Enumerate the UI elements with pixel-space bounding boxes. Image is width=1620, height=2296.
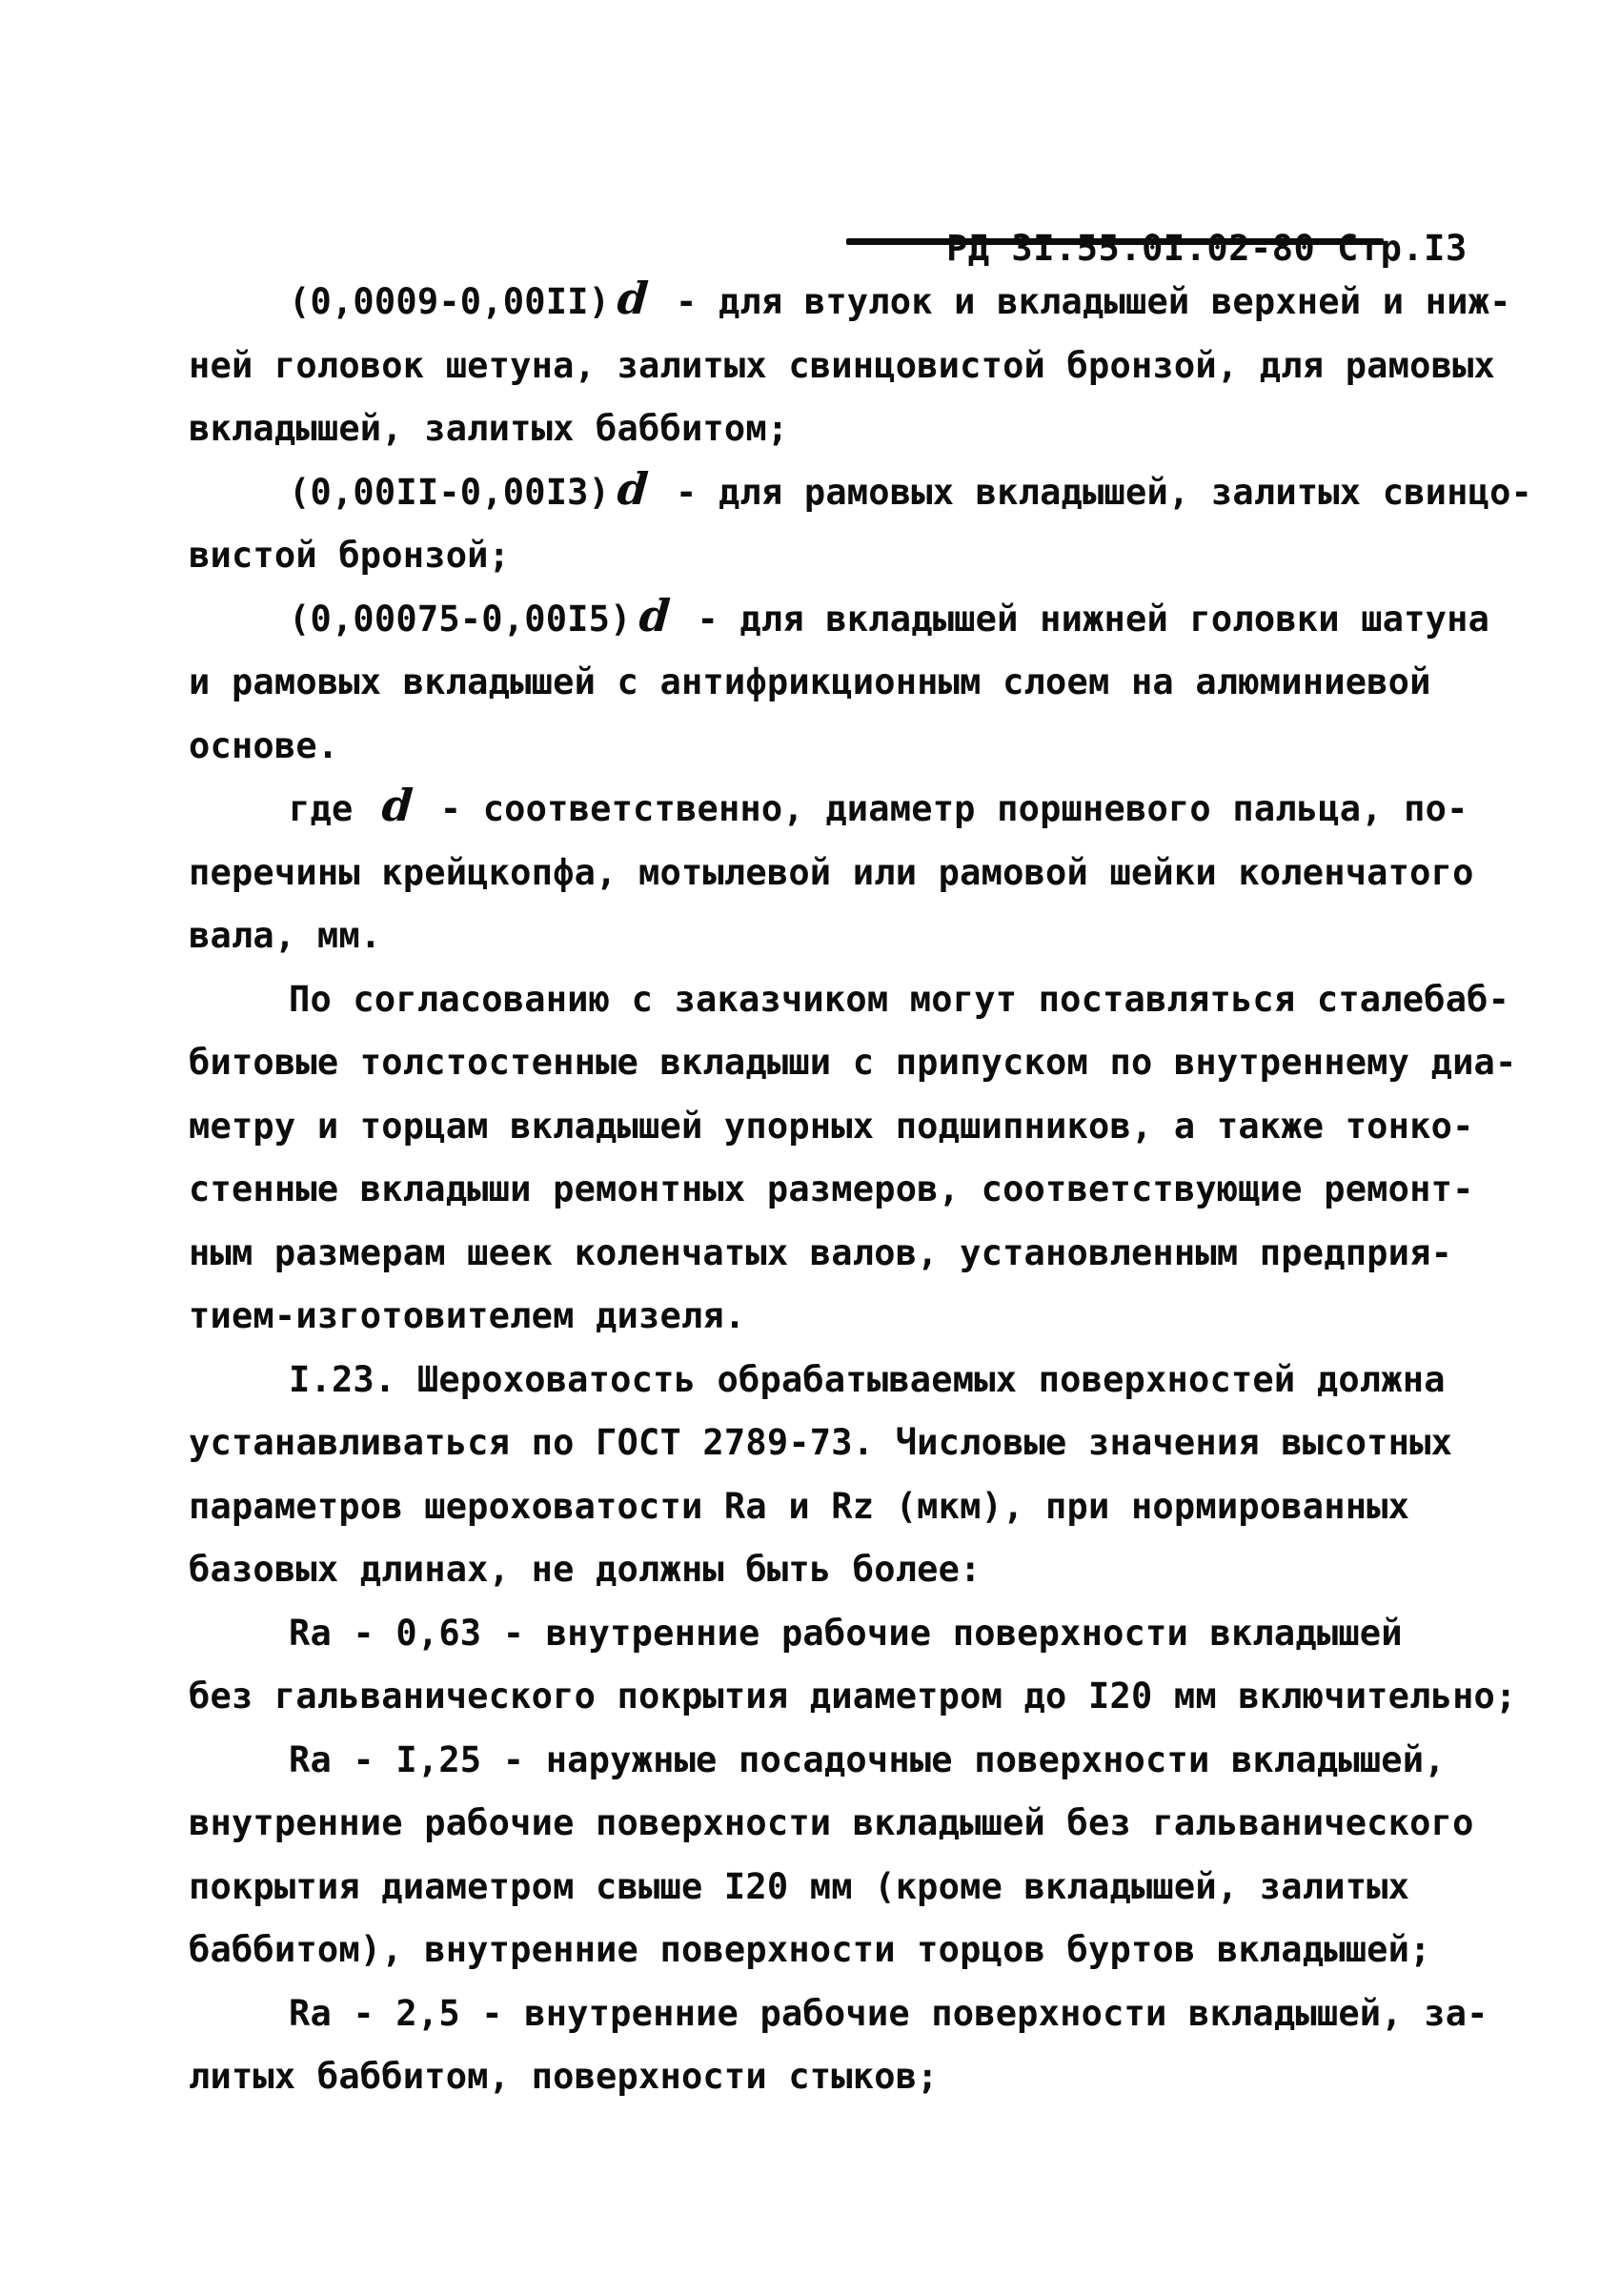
text-line: метру и торцам вкладышей упорных подшипн… (189, 1095, 1523, 1159)
document-body: (0,0009-0,00II)d - для втулок и вкладыше… (189, 271, 1523, 2109)
text-line: I.23. Шероховатость обрабатываемых повер… (189, 1349, 1523, 1412)
text-line: Ra - I,25 - наружные посадочные поверхно… (189, 1729, 1523, 1793)
text-line: внутренние рабочие поверхности вкладышей… (189, 1792, 1523, 1856)
text-line: вала, мм. (189, 904, 1523, 968)
text-line: базовых длинах, не должны быть более: (189, 1538, 1523, 1602)
text-line: и рамовых вкладышей с антифрикционным сл… (189, 651, 1523, 715)
text-line: Ra - 2,5 - внутренние рабочие поверхност… (189, 1982, 1523, 2046)
text-line: вкладышей, залитых баббитом; (189, 397, 1523, 461)
text-line: устанавливаться по ГОСТ 2789-73. Числовы… (189, 1412, 1523, 1475)
text-line: ней головок шетуна, залитых свинцовистой… (189, 335, 1523, 398)
header-text: РД 3I.55.0I.02-80 Стр.I3 (946, 228, 1468, 269)
text-line: баббитом), внутренние поверхности торцов… (189, 1919, 1523, 1982)
text-line: без гальванического покрытия диаметром д… (189, 1665, 1523, 1729)
header-underline (846, 238, 1384, 245)
text-line: По согласованию с заказчиком могут поста… (189, 968, 1523, 1032)
text-line: Ra - 0,63 - внутренние рабочие поверхнос… (189, 1602, 1523, 1666)
text-line: (0,0009-0,00II)d - для втулок и вкладыше… (189, 271, 1523, 335)
text-line: основе. (189, 715, 1523, 779)
text-line: ным размерам шеек коленчатых валов, уста… (189, 1222, 1523, 1286)
text-line: (0,00II-0,00I3)d - для рамовых вкладышей… (189, 461, 1523, 525)
text-line: (0,00075-0,00I5)d - для вкладышей нижней… (189, 588, 1523, 652)
text-line: где d - соответственно, диаметр поршнево… (189, 778, 1523, 842)
text-line: битовые толстостенные вкладыши с припуск… (189, 1031, 1523, 1095)
text-line: перечины крейцкопфа, мотылевой или рамов… (189, 842, 1523, 905)
document-page: РД 3I.55.0I.02-80 Стр.I3 (0,0009-0,00II)… (0, 0, 1620, 2296)
text-line: покрытия диаметром свыше I20 мм (кроме в… (189, 1856, 1523, 1920)
text-line: литых баббитом, поверхности стыков; (189, 2045, 1523, 2109)
text-line: тием-изготовителем дизеля. (189, 1285, 1523, 1349)
text-line: параметров шероховатости Ra и Rz (мкм), … (189, 1475, 1523, 1539)
text-line: вистой бронзой; (189, 524, 1523, 588)
text-line: стенные вкладыши ремонтных размеров, соо… (189, 1158, 1523, 1222)
